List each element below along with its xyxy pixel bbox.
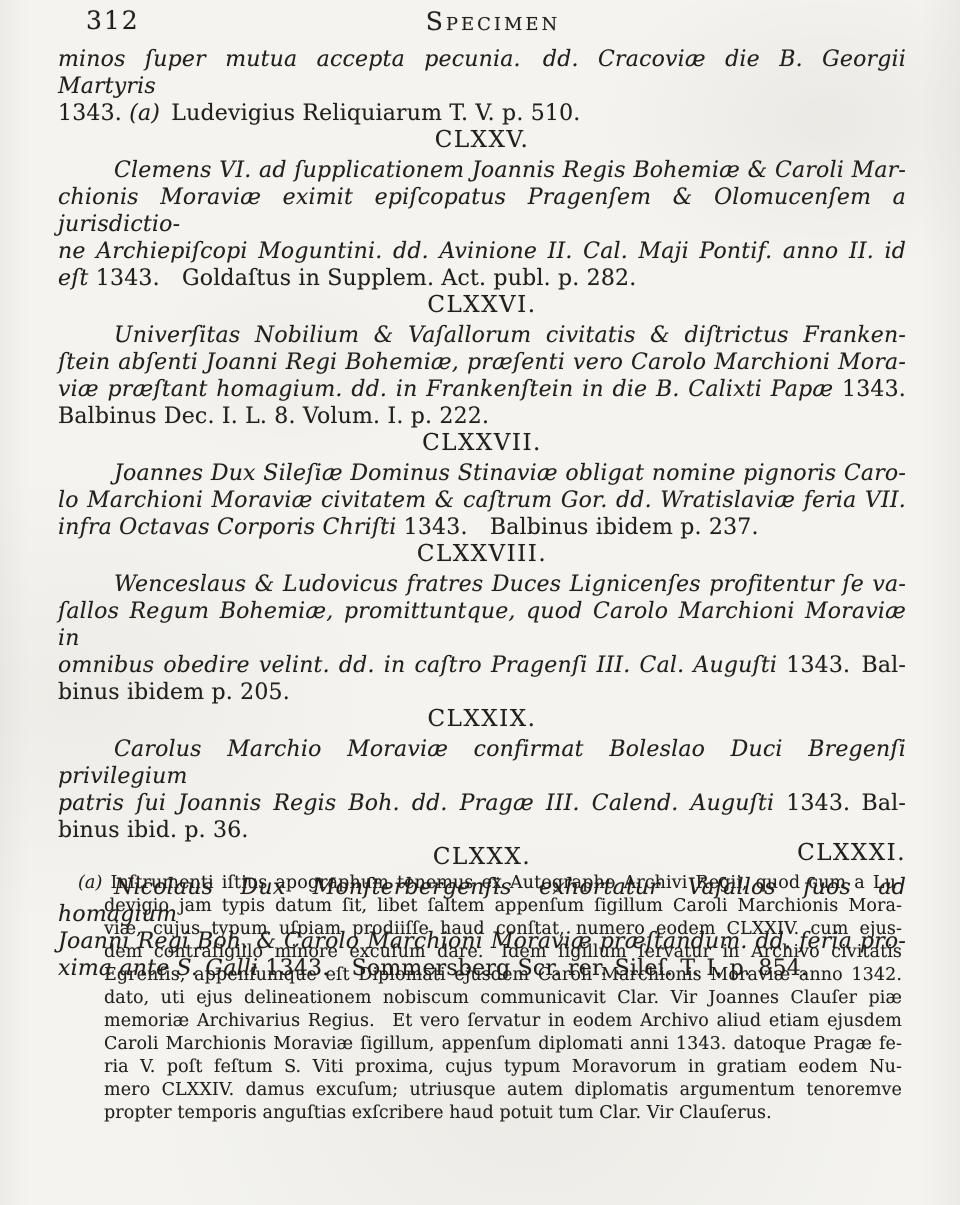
section-heading: CLXXIX. [58,706,906,733]
footnote-text: ria V. poſt feſtum S. Viti proxima, cuju… [104,1057,902,1077]
body-line: eſt 1343. Goldaſtus in Supplem. Act. pub… [58,265,906,292]
footnote-text: Inſtrumenti iſtius apographum tenemus ex… [110,873,902,893]
italic-text: eſt [58,266,96,291]
italic-text: Clemens VI. ad ſupplicationem Joannis Re… [114,158,906,183]
roman-text: binus ibidem p. 205. [58,680,290,705]
section-heading: CLXXV. [58,127,906,154]
italic-text: infra Octavas Corporis Chriſti [58,515,404,540]
footnote-text: dem contraſigillo minore excuſum dare. I… [104,942,902,962]
body-line: Clemens VI. ad ſupplicationem Joannis Re… [58,157,906,184]
body-line: Wenceslaus & Ludovicus fratres Duces Lig… [58,571,906,598]
italic-text: chionis Moraviæ eximit epiſcopatus Prage… [58,185,906,237]
footnote-text: memoriæ Archivarius Regius. Et vero ſerv… [104,1011,902,1031]
roman-text: 1343. [58,101,129,126]
footnote-text: devigio jam typis datum ſit, libet ſalte… [104,896,902,916]
italic-text: minos ſuper mutua accepta pecunia. dd. C… [58,47,906,99]
footnote-line: Caroli Marchionis Moraviæ ſigillum, appe… [78,1033,902,1056]
body-line: infra Octavas Corporis Chriſti 1343. Bal… [58,514,906,541]
italic-text: omnibus obedire velint. dd. in caſtro Pr… [58,653,786,678]
footnote-line: ria V. poſt feſtum S. Viti proxima, cuju… [78,1056,902,1079]
footnote-text: viæ, cujus typum uſpiam prodiiſſe haud c… [104,919,902,939]
body-line: viæ præſtant homagium. dd. in Frankenſte… [58,376,906,403]
section-heading: CLXXVI. [58,292,906,319]
italic-text: lo Marchioni Moraviæ civitatem & caſtrum… [58,488,906,513]
body-line: patris ſui Joannis Regis Boh. dd. Pragæ … [58,790,906,817]
roman-text: 1343. Bal- [786,653,906,678]
body-line: ſallos Regum Bohemiæ, promittuntque, quo… [58,598,906,652]
roman-text: Ludevigius Reliquiarum T. V. p. 510. [160,101,580,126]
body-line: Balbinus Dec. I. L. 8. Volum. I. p. 222. [58,403,906,430]
body-line: Carolus Marchio Moraviæ confirmat Bolesl… [58,736,906,790]
italic-text: Univerſitas Nobilium & Vaſallorum civita… [114,323,906,348]
body-line: ſtein abſenti Joanni Regi Bohemiæ, præſe… [58,349,906,376]
italic-text: Joannes Dux Sileſiæ Dominus Stinaviæ obl… [114,461,906,486]
section-heading: CLXXVIII. [58,541,906,568]
footnote-line: devigio jam typis datum ſit, libet ſalte… [78,895,902,918]
footnote-text: Caroli Marchionis Moraviæ ſigillum, appe… [104,1034,902,1054]
roman-text: 1343. Bal- [786,791,906,816]
running-head: Specimen [58,7,928,36]
body-line: binus ibidem p. 205. [58,679,906,706]
italic-text: (a) [129,101,160,126]
footnote-line: dem contraſigillo minore excuſum dare. I… [78,941,902,964]
footnote-line: mero CLXXIV. damus excuſum; utriusque au… [78,1079,902,1102]
scanned-page: 312 Specimen minos ſuper mutua accepta p… [0,0,960,1205]
italic-text: ſallos Regum Bohemiæ, promittuntque, quo… [58,599,906,651]
footnote-line: (a) Inſtrumenti iſtius apographum tenemu… [78,872,902,895]
footnote-line: viæ, cujus typum uſpiam prodiiſſe haud c… [78,918,902,941]
body-line: chionis Moraviæ eximit epiſcopatus Prage… [58,184,906,238]
roman-text: 1343. Balbinus ibidem p. 237. [404,515,759,540]
body-line: lo Marchioni Moraviæ civitatem & caſtrum… [58,487,906,514]
catchword: CLXXXI. [58,840,906,866]
footnote-text: dato, uti ejus delineationem nobiscum co… [104,988,902,1008]
footnote-line: memoriæ Archivarius Regius. Et vero ſerv… [78,1010,902,1033]
footnote-line: Egrenſis, appenſumque eſt Diplomati ejus… [78,964,902,987]
body-line: minos ſuper mutua accepta pecunia. dd. C… [58,46,906,100]
italic-text: Wenceslaus & Ludovicus fratres Duces Lig… [114,572,906,597]
body-line: omnibus obedire velint. dd. in caſtro Pr… [58,652,906,679]
italic-text: ſtein abſenti Joanni Regi Bohemiæ, præſe… [58,350,906,375]
italic-text: patris ſui Joannis Regis Boh. dd. Pragæ … [58,791,786,816]
body-line: Joannes Dux Sileſiæ Dominus Stinaviæ obl… [58,460,906,487]
body-line: ne Archiepiſcopi Moguntini. dd. Avinione… [58,238,906,265]
body-line: 1343. (a) Ludevigius Reliquiarum T. V. p… [58,100,906,127]
italic-text: viæ præſtant homagium. dd. in Frankenſte… [58,377,842,402]
footnote-marker: (a) [78,873,110,893]
footnote-line: propter temporis anguſtias exſcribere ha… [78,1102,902,1125]
roman-text: 1343. [842,377,906,402]
roman-text: 1343. Goldaſtus in Supplem. Act. publ. p… [96,266,637,291]
section-heading: CLXXVII. [58,430,906,457]
roman-text: Balbinus Dec. I. L. 8. Volum. I. p. 222. [58,404,489,429]
body-line: Univerſitas Nobilium & Vaſallorum civita… [58,322,906,349]
italic-text: Carolus Marchio Moraviæ confirmat Bolesl… [58,737,906,789]
footnote-text: propter temporis anguſtias exſcribere ha… [104,1103,772,1123]
footnote-block: (a) Inſtrumenti iſtius apographum tenemu… [78,872,902,1125]
footnote-text: Egrenſis, appenſumque eſt Diplomati ejus… [104,965,902,985]
footnote-text: mero CLXXIV. damus excuſum; utriusque au… [104,1080,902,1100]
footnote-line: dato, uti ejus delineationem nobiscum co… [78,987,902,1010]
italic-text: ne Archiepiſcopi Moguntini. dd. Avinione… [58,239,906,264]
